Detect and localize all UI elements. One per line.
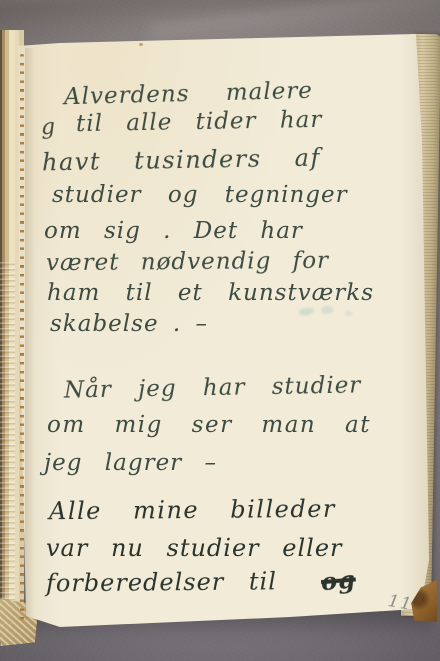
handwriting-line: ham til et kunstværks	[47, 282, 374, 305]
binding-ribs	[0, 262, 15, 640]
handwriting-line: Alle mine billeder	[49, 497, 336, 524]
handwriting-line: om sig . Det har	[44, 220, 303, 243]
green-smudge	[321, 306, 333, 314]
handwriting-line: jeg lagrer –	[44, 452, 217, 475]
gutter-shadow	[25, 48, 35, 618]
handwriting-line: studier og tegninger	[52, 184, 348, 207]
crossed-out-word: og	[320, 567, 357, 594]
handwriting-line: skabelse . –	[50, 313, 208, 336]
handwriting-line: til alle tider har	[76, 109, 323, 136]
stitching-holes	[20, 54, 24, 620]
handwriting-line: havt tusinders af	[42, 146, 321, 175]
handwriting-line: Når jeg har studier	[64, 374, 362, 402]
green-smudge	[345, 311, 352, 316]
paper-speck	[139, 43, 143, 46]
handwriting-line-text: forberedelser til	[46, 567, 277, 597]
handwriting-margin-char: g	[40, 117, 56, 140]
page-number: 11	[386, 591, 414, 615]
handwriting-line: var nu studier eller	[46, 536, 343, 560]
handwriting-line: om mig ser man at	[47, 414, 371, 437]
handwriting-line: forberedelser tilog	[46, 569, 356, 596]
handwriting-line: været nødvendig for	[46, 250, 329, 275]
